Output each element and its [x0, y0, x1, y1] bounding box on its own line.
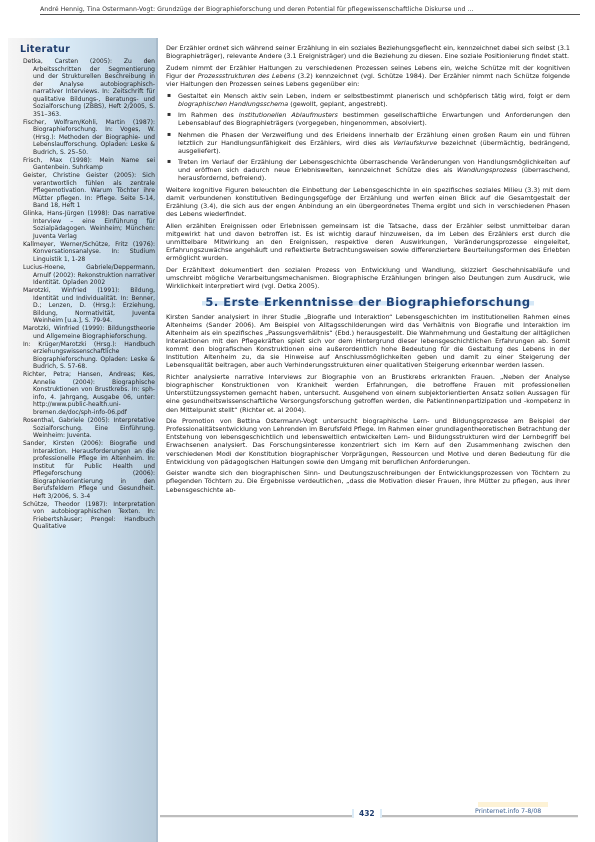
journal-tag: Printernet.info 7-8/08: [472, 808, 544, 815]
journal-accent-bar: [478, 802, 548, 807]
reference-item: Detka, Carsten (2005): Zu den Arbeitssch…: [23, 58, 155, 118]
emphasis: Prozessstrukturen des Lebens: [198, 72, 295, 80]
reference-item: Fischer, Wolfram/Kohli, Martin (1987): B…: [23, 119, 155, 157]
paragraph: Zudem nimmt der Erzähler Haltungen zu ve…: [166, 64, 570, 88]
list-item: Im Rahmen des institutionellen Ablaufmus…: [178, 111, 570, 127]
page-number: 432: [354, 809, 380, 818]
paragraph: Der Erzähler ordnet sich während seiner …: [166, 44, 570, 60]
section-heading-text: 5. Erste Erkenntnisse der Biographiefors…: [202, 298, 533, 306]
emphasis: Verlaufskurve: [393, 139, 437, 147]
reference-item: Kallmeyer, Werner/Schütze, Fritz (1976):…: [23, 241, 155, 264]
paragraph: Weitere kognitive Figuren beleuchten die…: [166, 186, 570, 218]
sidebar-title: Literatur: [20, 44, 70, 55]
emphasis: institutionellen Ablaufmusters: [239, 111, 338, 119]
text-run: (gewollt, geplant, angestrebt).: [288, 100, 387, 108]
list-item: Treten im Verlauf der Erzählung der Lebe…: [178, 158, 570, 182]
reference-item: Schütze, Theodor (1987): Interpretation …: [23, 501, 155, 531]
text-run: Im Rahmen des: [178, 111, 239, 119]
article-body: Der Erzähler ordnet sich während seiner …: [166, 44, 570, 497]
paragraph: Richter analysierte narrative Interviews…: [166, 373, 570, 413]
list-item: Nehmen die Phasen der Verzweiflung und d…: [178, 131, 570, 155]
reference-item: Richter, Petra; Hansen, Andreas; Kes, An…: [23, 371, 155, 416]
reference-item: In: Krüger/Marotzki (Hrsg.): Handbuch er…: [23, 341, 155, 371]
reference-item: Glinka, Hans-Jürgen (1998): Das narrativ…: [23, 210, 155, 240]
reference-item: Rosenthal, Gabriele (2005): Interpretati…: [23, 417, 155, 440]
reference-item: Frisch, Max (1998): Mein Name sei Ganten…: [23, 157, 155, 172]
paragraph: Die Promotion von Bettina Ostermann-Vogt…: [166, 417, 570, 465]
emphasis: Wandlungsprozess: [457, 166, 517, 174]
paragraph: Der Erzähltext dokumentiert den sozialen…: [166, 266, 570, 290]
emphasis: biographischen Handlungsschema: [178, 100, 288, 108]
list-item: Gestaltet ein Mensch aktiv sein Leben, i…: [178, 92, 570, 108]
section-heading: 5. Erste Erkenntnisse der Biographiefors…: [166, 298, 570, 308]
process-structures-list: Gestaltet ein Mensch aktiv sein Leben, i…: [166, 92, 570, 182]
reference-item: Sander, Kirsten (2006): Biografie und In…: [23, 440, 155, 500]
reference-item: Geister, Christine Geister (2005): Sich …: [23, 172, 155, 210]
paragraph: Geister wandte sich den biographischen S…: [166, 469, 570, 493]
journal-name: Printernet.info 7-8/08: [475, 808, 541, 815]
running-header: André Hennig, Tina Ostermann-Vogt: Grund…: [40, 6, 580, 15]
reference-item: Lucius-Hoene, Gabriele/Deppermann, Arnul…: [23, 264, 155, 287]
reference-item: Marotzki, Winfried (1991): Bildung, Iden…: [23, 287, 155, 325]
text-run: Gestaltet ein Mensch aktiv sein Leben, i…: [178, 92, 570, 100]
paragraph: Kirsten Sander analysiert in ihrer Studi…: [166, 313, 570, 369]
reference-item: Marotzki, Winfried (1999): Bildungstheor…: [23, 325, 155, 340]
paragraph: Allen erzählten Ereignissen oder Erlebni…: [166, 222, 570, 262]
reference-list: Detka, Carsten (2005): Zu den Arbeitssch…: [23, 58, 155, 531]
